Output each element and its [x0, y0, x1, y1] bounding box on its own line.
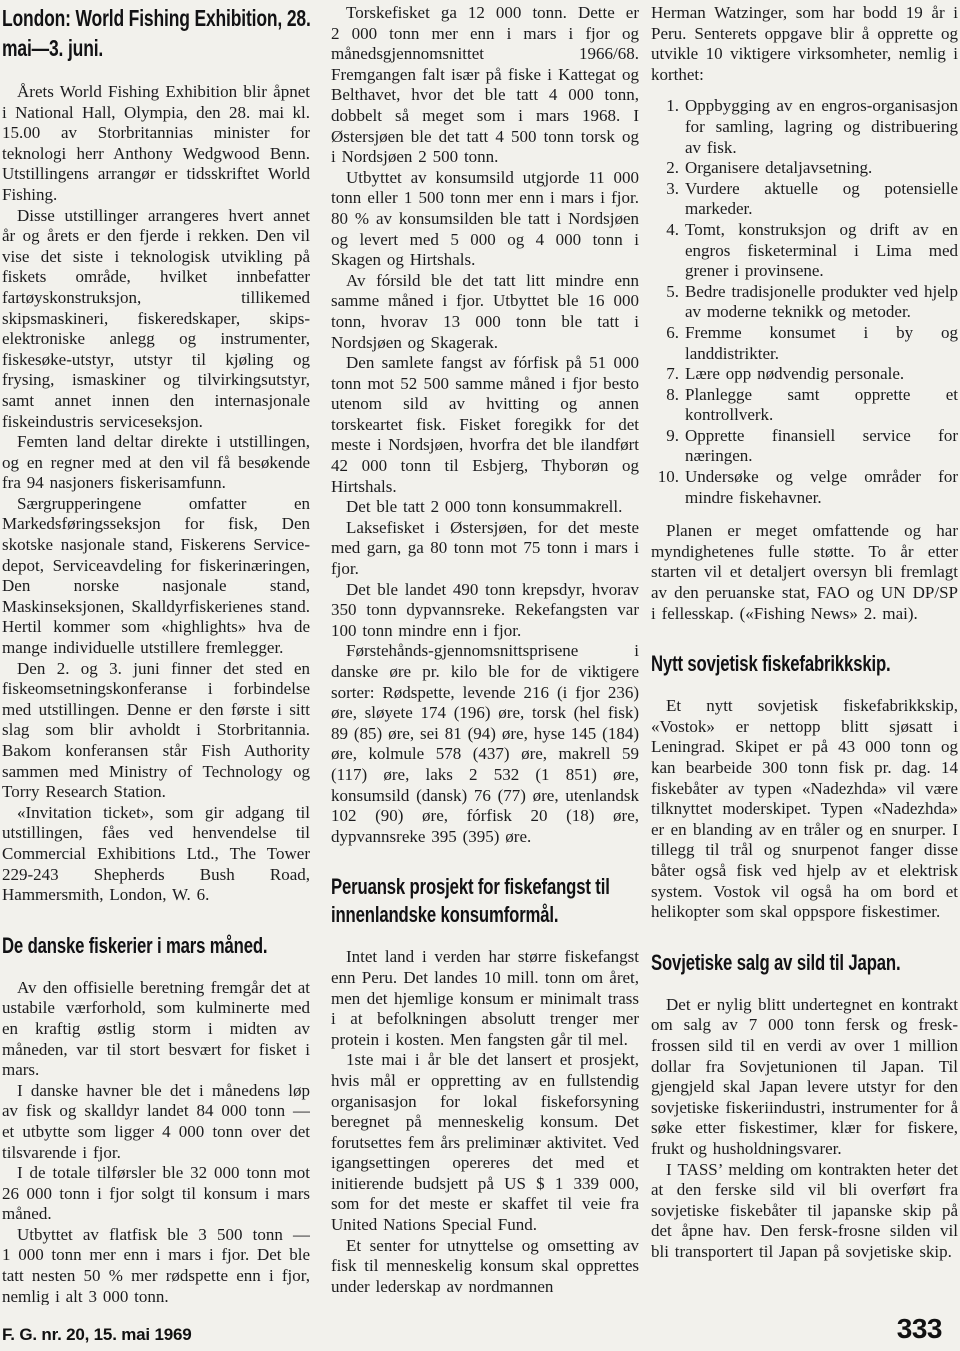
paragraph: I de totale tilførsler ble 32 000 tonn m…	[2, 1163, 310, 1225]
list-item-number: 6.	[651, 323, 685, 364]
paragraph: Et nytt sovjetisk fiskefabrikkskip, «Vos…	[651, 696, 958, 923]
list-item-number: 8.	[651, 385, 685, 426]
page-footer: F. G. nr. 20, 15. mai 1969 333	[2, 1313, 942, 1345]
column-right: Herman Watzinger, som har bodd 19 år i P…	[651, 3, 958, 1305]
list-item-text: Organisere detaljavsetning.	[685, 158, 958, 179]
paragraph: Utbyttet av konsumsild utgjorde 11 000 t…	[331, 168, 639, 271]
list-item: 1.Oppbygging av en engros-organisasjon f…	[651, 96, 958, 158]
paragraph: «Invitation ticket», som gir adgang til …	[2, 803, 310, 906]
page-number: 333	[897, 1313, 942, 1345]
list-item: 7.Lære opp nødvendig personale.	[651, 364, 958, 385]
paragraph: Det ble landet 490 tonn krepsdyr, hvorav…	[331, 580, 639, 642]
paragraph: Intet land i verden har større fiskefang…	[331, 947, 639, 1050]
paragraph: Utbyttet av flatfisk ble 3 500 tonn — 1 …	[2, 1225, 310, 1305]
paragraph: I danske havner ble det i månedens løp a…	[2, 1081, 310, 1163]
paragraph-continuation: Herman Watzinger, som har bodd 19 år i P…	[651, 3, 958, 85]
list-item-number: 1.	[651, 96, 685, 158]
article-title-danske-fiskerier: De danske fiskerier i mars måned.	[2, 932, 310, 960]
paragraph: Femten land deltar direkte i utstillinge…	[2, 432, 310, 494]
paragraph: Av den offisielle beretning fremgår det …	[2, 978, 310, 1081]
article-title-peruansk-prosjekt: Peruansk prosjekt for fiskefangst til in…	[331, 873, 639, 929]
list-item-number: 2.	[651, 158, 685, 179]
paragraph: Det ble tatt 2 000 tonn konsummakrell.	[331, 497, 639, 518]
list-item: 10.Undersøke og velge områder for mindre…	[651, 467, 958, 508]
list-item-number: 4.	[651, 220, 685, 282]
paragraph: Det er nylig blitt undertegnet en kontra…	[651, 995, 958, 1160]
list-item: 5.Bedre tradisjonelle produkter ved hjel…	[651, 282, 958, 323]
paragraph: Torskefisket ga 12 000 tonn. Dette er 2 …	[331, 3, 639, 168]
list-item-text: Vurdere aktuelle og potensielle markeder…	[685, 179, 958, 220]
paragraph: Disse utstillinger arrangeres hvert anne…	[2, 206, 310, 433]
article-title-sovjetisk-fabrikkskip: Nytt sovjetisk fiskefabrikkskip.	[651, 650, 958, 678]
column-left: London: World Fishing Exhibition, 28. ma…	[2, 3, 310, 1305]
list-item-number: 9.	[651, 426, 685, 467]
paragraph: Særgrupperingene omfatter en Markedsføri…	[2, 494, 310, 659]
paragraph: Laksefisket i Østersjøen, for det meste …	[331, 518, 639, 580]
list-item-text: Lære opp nødvendig personale.	[685, 364, 958, 385]
list-item-number: 5.	[651, 282, 685, 323]
list-item-text: Fremme konsumet i by og landdistrikter.	[685, 323, 958, 364]
list-item: 9.Opprette finansiell service for næring…	[651, 426, 958, 467]
list-item-text: Undersøke og velge områder for mindre fi…	[685, 467, 958, 508]
numbered-task-list: 1.Oppbygging av en engros-organisasjon f…	[651, 96, 958, 508]
list-item: 4.Tomt, konstruksjon og drift av en engr…	[651, 220, 958, 282]
list-item-text: Opprette finansiell service for næringen…	[685, 426, 958, 467]
list-item-text: Bedre tradisjonelle produkter ved hjelp …	[685, 282, 958, 323]
list-item-number: 7.	[651, 364, 685, 385]
list-item-text: Tomt, konstruksjon og drift av en engros…	[685, 220, 958, 282]
paragraph: 1ste mai i år ble det lansert et prosjek…	[331, 1050, 639, 1235]
paragraph: Førstehånds-gjennomsnittsprisene i dansk…	[331, 641, 639, 847]
paragraph: I TASS’ melding om kontrakten heter det …	[651, 1160, 958, 1263]
list-item: 2.Organisere detaljavsetning.	[651, 158, 958, 179]
paragraph: Den samlete fangst av fórfisk på 51 000 …	[331, 353, 639, 497]
paragraph: Planen er meget omfattende og har myndig…	[651, 521, 958, 624]
article-title-london-exhibition: London: World Fishing Exhibition, 28. ma…	[2, 3, 310, 63]
paragraph: Årets World Fishing Exhibition blir åpne…	[2, 82, 310, 206]
journal-issue-line: F. G. nr. 20, 15. mai 1969	[2, 1325, 191, 1345]
column-middle: Torskefisket ga 12 000 tonn. Dette er 2 …	[331, 3, 639, 1305]
list-item-number: 3.	[651, 179, 685, 220]
list-item-text: Oppbygging av en engros-organisasjon for…	[685, 96, 958, 158]
list-item: 8.Planlegge samt opprette et kontrollver…	[651, 385, 958, 426]
paragraph: Et senter for utnyttelse og omsetting av…	[331, 1236, 639, 1298]
article-title-sild-til-japan: Sovjetiske salg av sild til Japan.	[651, 949, 958, 977]
list-item: 3.Vurdere aktuelle og potensielle marked…	[651, 179, 958, 220]
magazine-page: London: World Fishing Exhibition, 28. ma…	[0, 0, 960, 1351]
list-item: 6.Fremme konsumet i by og landdistrikter…	[651, 323, 958, 364]
list-item-text: Planlegge samt opprette et kontrollverk.	[685, 385, 958, 426]
paragraph: Av fórsild ble det tatt litt mindre enn …	[331, 271, 639, 353]
paragraph: Den 2. og 3. juni finner det sted en fis…	[2, 659, 310, 803]
list-item-number: 10.	[651, 467, 685, 508]
